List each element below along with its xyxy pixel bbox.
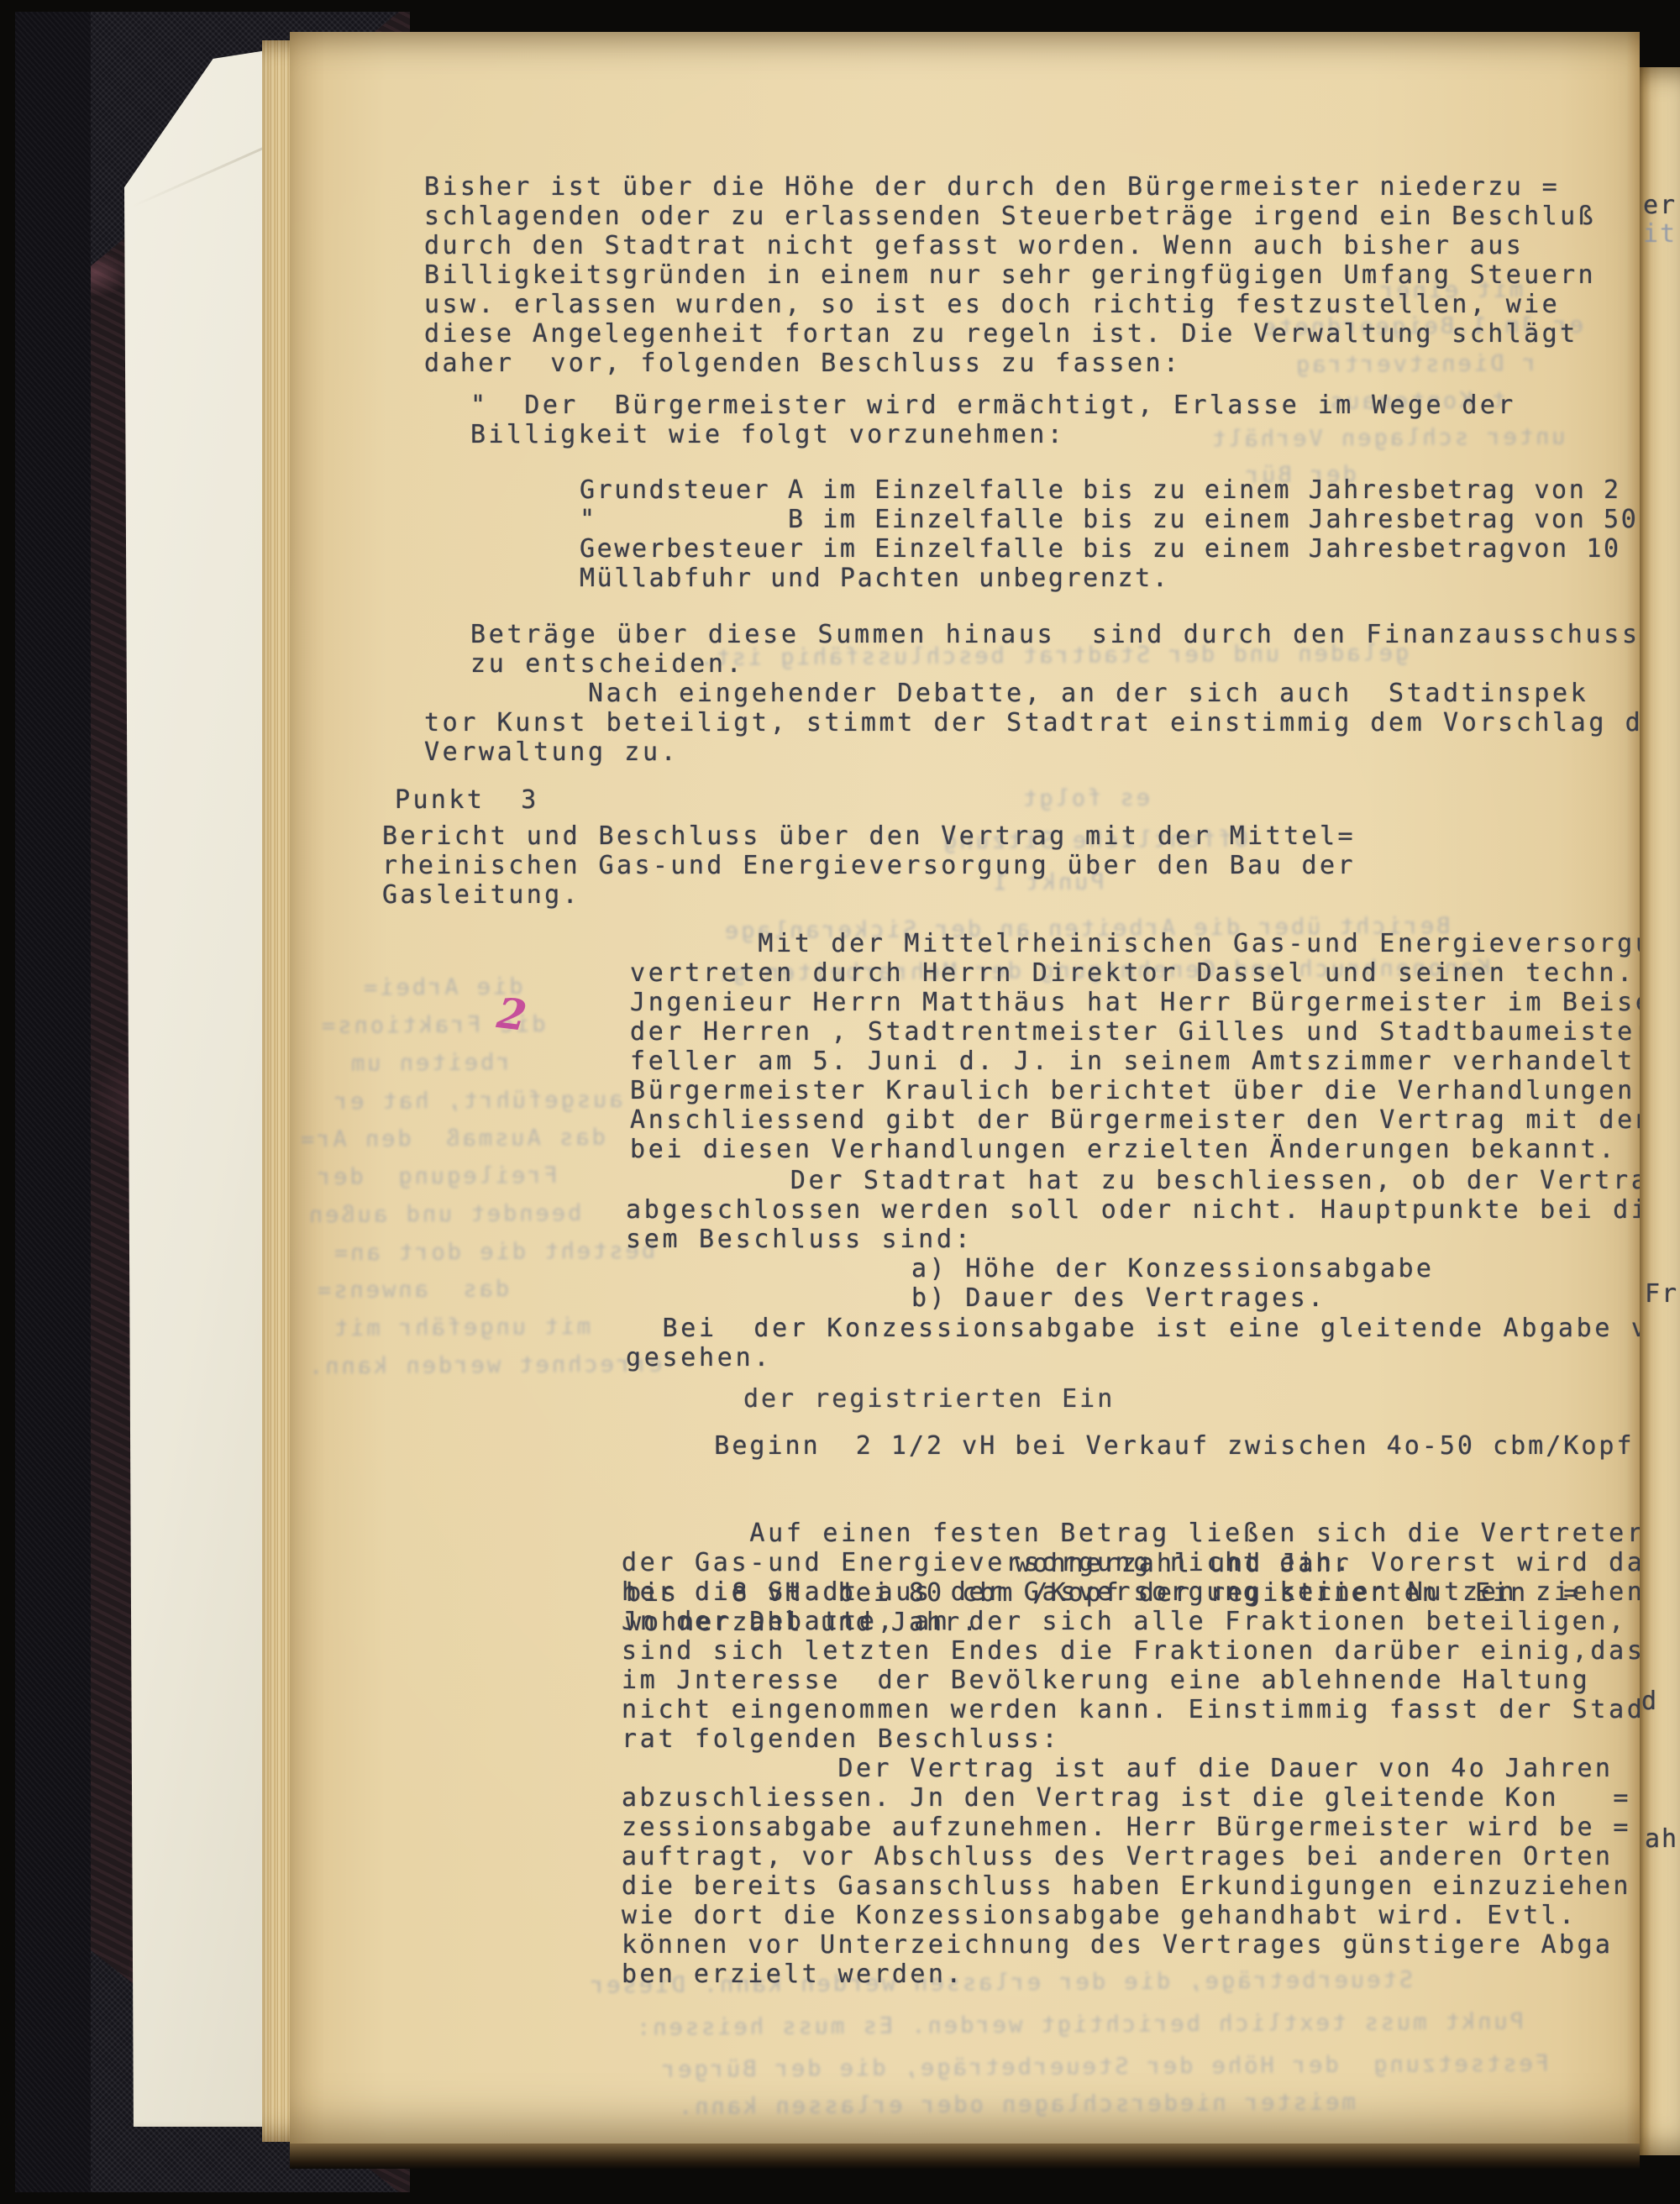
paragraph-steuererlass: Bisher ist über die Höhe der durch den B… [424, 172, 1596, 378]
adjacent-page-text-fragment: d [1641, 1687, 1658, 1716]
text-line: usw. erlassen wurden, so ist es doch ric… [424, 290, 1596, 319]
text-line: diese Angelegenheit fortan zu regeln ist… [424, 319, 1596, 349]
page-bottom-shadow [290, 2144, 1640, 2169]
text-line: sind sich letzten Endes die Fraktionen d… [622, 1636, 1640, 1666]
text-line: Bei der Konzessionsabgabe ist eine gleit… [626, 1314, 1640, 1343]
text-line: bei diesen Verhandlungen erzielten Änder… [630, 1135, 1640, 1164]
bleedthrough-text: Festsetzung der Höhe der Steuerbeträge, … [659, 2050, 1549, 2082]
bleedthrough-text: beendet und außen [307, 1200, 582, 1228]
text-line: Mit der Mittelrheinischen Gas-und Energi… [630, 929, 1640, 958]
text-line: Anschliessend gibt der Bürgermeister den… [630, 1105, 1640, 1135]
bleedthrough-text: ausgeführt, hat er [332, 1087, 623, 1115]
text-line: sem Beschluss sind: [626, 1225, 1640, 1254]
text-line: rheinischen Gas-und Energieversorgung üb… [382, 851, 1356, 880]
cover-cloth-spine-edge [15, 12, 91, 2192]
text-line: Billigkeit wie folgt vorzunehmen: [470, 420, 1516, 449]
adjacent-page-text-fragment: er [1643, 191, 1677, 220]
document-page: mit einerer Jm 1.Beigeordneter Dienstver… [290, 32, 1640, 2147]
tax-list: Grundsteuer A im Einzelfalle bis zu eine… [580, 475, 1638, 593]
endpaper-sheet [124, 49, 277, 2127]
bleedthrough-text: rbeiten um [349, 1049, 511, 1076]
adjacent-page-text-fragment: it [1643, 219, 1677, 249]
paragraph-debatte: Nach eingehender Debatte, an der sich au… [424, 679, 1640, 767]
paragraph-stadtrat-beschliessen: Der Stadtrat hat zu beschliessen, ob der… [626, 1166, 1640, 1254]
text-line: gesehen. [626, 1343, 1640, 1372]
text-line: der Gas-und Energieversorgung nicht ein.… [622, 1548, 1640, 1577]
text-line: Jngenieur Herrn Matthäus hat Herr Bürger… [630, 988, 1640, 1017]
text-line: Bürgermeister Kraulich berichtet über di… [630, 1076, 1640, 1105]
bleedthrough-text: es folgt [1021, 785, 1150, 811]
bleedthrough-text: errechnet werden kann. [307, 1351, 663, 1380]
archival-scan: mit einerer Jm 1.Beigeordneter Dienstver… [0, 0, 1680, 2204]
text-line: Verwaltung zu. [424, 737, 1640, 767]
adjacent-page-text-fragment: ah [1645, 1824, 1678, 1854]
text-line: Nach eingehender Debatte, an der sich au… [424, 679, 1640, 708]
text-line: Beträge über diese Summen hinaus sind du… [470, 620, 1640, 649]
text-line: Grundsteuer A im Einzelfalle bis zu eine… [580, 475, 1638, 505]
bleedthrough-text: Freilegung der [315, 1162, 558, 1190]
text-line: Bisher ist über die Höhe der durch den B… [424, 172, 1596, 202]
text-line: Bericht und Beschluss über den Vertrag m… [382, 821, 1356, 851]
text-line: die bereits Gasanschluss haben Erkundigu… [622, 1871, 1631, 1901]
list-hauptpunkte: a) Höhe der Konzessionsabgabeb) Dauer de… [911, 1254, 1434, 1313]
text-line: b) Dauer des Vertrages. [911, 1283, 1434, 1313]
text-line: Der Vertrag ist auf die Dauer von 4o Jah… [622, 1754, 1631, 1783]
text-line: Auf einen festen Betrag ließen sich die … [622, 1519, 1640, 1548]
text-line: ben erzielt werden. [622, 1960, 1631, 1989]
text-line: Der Stadtrat hat zu beschliessen, ob der… [626, 1166, 1640, 1195]
text-line: zessionsabgabe aufzunehmen. Herr Bürgerm… [622, 1813, 1631, 1842]
text-line: der Herren , Stadtrentmeister Gilles und… [630, 1017, 1640, 1047]
text-line: durch den Stadtrat nicht gefasst worden.… [424, 231, 1596, 260]
text-line: Beginn 2 1/2 vH bei Verkauf zwischen 4o-… [626, 1431, 1635, 1461]
adjacent-page-edge: eritFrdah [1640, 67, 1680, 2155]
text-line: Billigkeitsgründen in einem nur sehr ger… [424, 260, 1596, 290]
punkt-3-subject: Bericht und Beschluss über den Vertrag m… [382, 821, 1356, 910]
text-line: auftragt, vor Abschluss des Vertrages be… [622, 1842, 1631, 1871]
text-line: abgeschlossen werden soll oder nicht. Ha… [626, 1195, 1640, 1225]
paragraph-beschluss-vertrag: Der Vertrag ist auf die Dauer von 4o Jah… [622, 1754, 1631, 1989]
overstruck-text-line: der registrierten Ein [743, 1384, 1115, 1414]
text-line: abzuschliessen. Jn den Vertrag ist die g… [622, 1783, 1631, 1813]
paragraph-fester-betrag: Auf einen festen Betrag ließen sich die … [622, 1519, 1640, 1754]
bleedthrough-text: das anwens= [315, 1276, 509, 1304]
text-line: Jn der Debatte, an der sich alle Fraktio… [622, 1607, 1640, 1636]
punkt-3-heading: Punkt 3 [395, 785, 539, 815]
quote-beschluss-vorschlag: " Der Bürgermeister wird ermächtigt, Erl… [470, 391, 1516, 449]
adjacent-page-text-fragment: Fr [1645, 1279, 1678, 1309]
text-line: zu entscheiden. [470, 649, 1640, 679]
text-line: a) Höhe der Konzessionsabgabe [911, 1254, 1434, 1283]
paragraph-gasvertrag-verhandlung: Mit der Mittelrheinischen Gas-und Energi… [630, 929, 1640, 1164]
bleedthrough-text: Punkt muss textlich berichtigt werden. E… [634, 2008, 1524, 2040]
text-line: daher vor, folgenden Beschluss zu fassen… [424, 349, 1596, 378]
bleedthrough-text: mit ungefähr mit [332, 1314, 591, 1341]
bleedthrough-text: das Ausmaß den Ar= [298, 1125, 606, 1153]
text-line: tor Kunst beteiligt, stimmt der Stadtrat… [424, 708, 1640, 737]
text-line: können vor Unterzeichnung des Vertrages … [622, 1930, 1631, 1960]
text-line: Gewerbesteuer im Einzelfalle bis zu eine… [580, 534, 1638, 564]
text-line: her die Stadt aus der Gasversorgung kein… [622, 1577, 1640, 1607]
bleedthrough-text: meister niederschlagen oder erlassen kan… [676, 2089, 1356, 2120]
text-line: " B im Einzelfalle bis zu einem Jahresbe… [580, 505, 1638, 534]
text-line: " Der Bürgermeister wird ermächtigt, Erl… [470, 391, 1516, 420]
text-line: im Jnteresse der Bevölkerung eine ablehn… [622, 1666, 1640, 1695]
text-line: nicht eingenommen werden kann. Einstimmi… [622, 1695, 1640, 1724]
text-line: rat folgenden Beschluss: [622, 1724, 1640, 1754]
text-line: Müllabfuhr und Pachten unbegrenzt. [580, 564, 1638, 593]
text-line: schlagenden oder zu erlassenden Steuerbe… [424, 202, 1596, 231]
text-line: wie dort die Konzessionsabgabe gehandhab… [622, 1901, 1631, 1930]
text-line: Gasleitung. [382, 880, 1356, 910]
paragraph-konzessionsabgabe: Bei der Konzessionsabgabe ist eine gleit… [626, 1314, 1640, 1372]
bleedthrough-text: besteht die dort an= [332, 1238, 655, 1267]
text-line: vertreten durch Herrn Direktor Dassel un… [630, 958, 1640, 988]
paragraph-betraege: Beträge über diese Summen hinaus sind du… [470, 620, 1640, 679]
handwritten-margin-number: 2 [495, 988, 530, 1041]
text-line: feller am 5. Juni d. J. in seinem Amtszi… [630, 1047, 1640, 1076]
